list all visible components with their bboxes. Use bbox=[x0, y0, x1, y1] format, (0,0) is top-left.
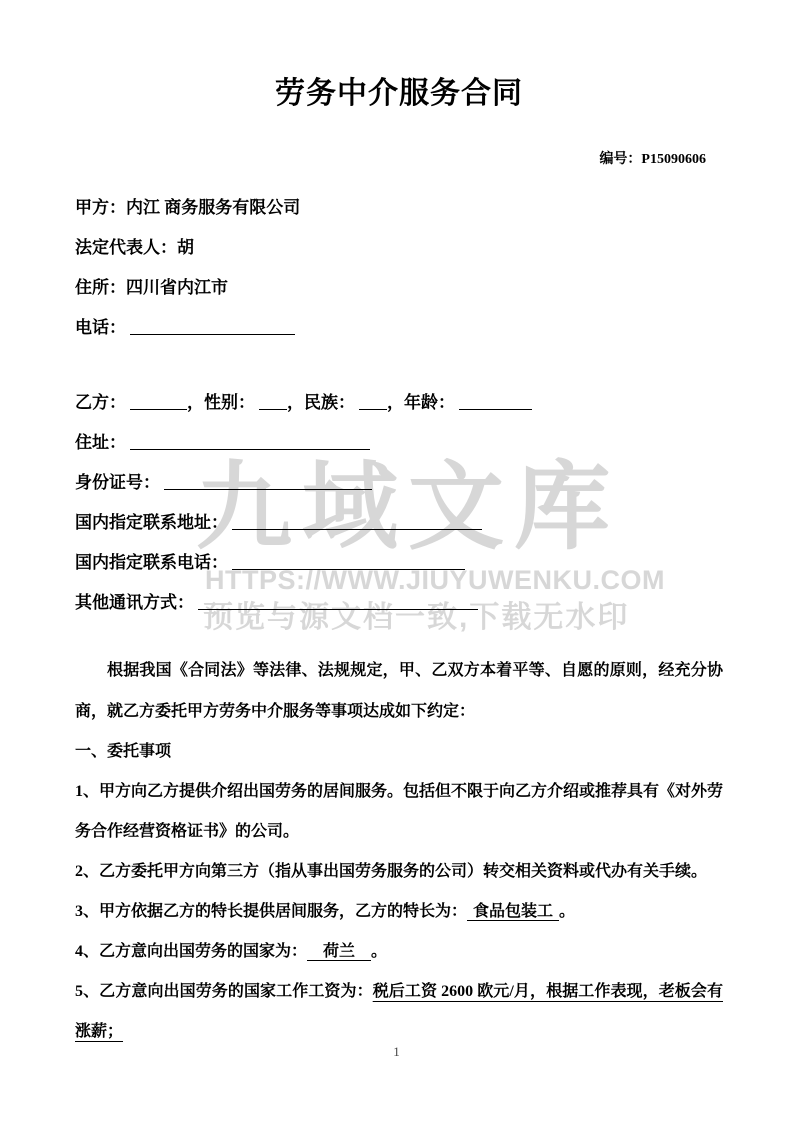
section1-item1: 1、甲方向乙方提供介绍出国劳务的居间服务。包括但不限于向乙方介绍或推荐具有《对外… bbox=[75, 772, 723, 852]
item4-prefix: 4、乙方意向出国劳务的国家为： bbox=[75, 943, 307, 960]
party-a-phone-line: 电话： bbox=[75, 305, 723, 345]
page-number: 1 bbox=[0, 1044, 793, 1060]
party-b-address-line: 住址： bbox=[75, 420, 723, 460]
section1-item2: 2、乙方委托甲方向第三方（指从事出国劳务服务的公司）转交相关资料或代办有关手续。 bbox=[75, 852, 723, 892]
party-b-name-blank bbox=[130, 390, 187, 410]
party-b-name-label: 乙方： bbox=[75, 388, 126, 413]
section1-item5: 5、乙方意向出国劳务的国家工作工资为：税后工资 2600 欧元/月，根据工作表现… bbox=[75, 972, 723, 1052]
party-b-domestic-phone-blank bbox=[232, 550, 465, 570]
party-b-address-blank bbox=[130, 430, 370, 450]
party-b-gender-label: ，性别： bbox=[187, 388, 255, 413]
party-b-other-contact-line: 其他通讯方式： bbox=[75, 580, 723, 620]
document-number: 编号：P15090606 bbox=[75, 152, 723, 168]
item3-value: 食品包装工 bbox=[467, 903, 559, 921]
party-a-phone-blank bbox=[130, 315, 295, 335]
party-b-gender-blank bbox=[259, 390, 287, 410]
preamble-paragraph: 根据我国《合同法》等法律、法规规定，甲、乙双方本着平等、自愿的原则，经充分协商，… bbox=[75, 650, 723, 732]
item4-suffix: 。 bbox=[371, 943, 387, 960]
document-title: 劳务中介服务合同 bbox=[75, 76, 723, 112]
item4-value: 荷兰 bbox=[307, 943, 371, 961]
party-a-legal-rep: 法定代表人：胡 bbox=[75, 225, 723, 265]
party-b-identity-line: 乙方： ，性别： ，民族： ，年龄： bbox=[75, 380, 723, 420]
party-b-domestic-address-line: 国内指定联系地址： bbox=[75, 500, 723, 540]
party-b-other-contact-label: 其他通讯方式： bbox=[75, 588, 194, 613]
party-b-age-blank bbox=[459, 390, 532, 410]
party-b-id-line: 身份证号： bbox=[75, 460, 723, 500]
party-b-block: 乙方： ，性别： ，民族： ，年龄： 住址： 身份证号： 国内指定联系地址： bbox=[75, 380, 723, 620]
party-a-block: 甲方：内江 商务服务有限公司 法定代表人：胡 住所：四川省内江市 电话： bbox=[75, 185, 723, 345]
party-b-id-label: 身份证号： bbox=[75, 468, 160, 493]
party-b-domestic-phone-line: 国内指定联系电话： bbox=[75, 540, 723, 580]
party-b-domestic-phone-label: 国内指定联系电话： bbox=[75, 548, 228, 573]
item5-prefix: 5、乙方意向出国劳务的国家工作工资为： bbox=[75, 983, 373, 1000]
section1-item3: 3、甲方依据乙方的特长提供居间服务，乙方的特长为：食品包装工。 bbox=[75, 892, 723, 932]
party-b-ethnic-label: ，民族： bbox=[287, 388, 355, 413]
party-b-address-label: 住址： bbox=[75, 428, 126, 453]
party-a-address: 住所：四川省内江市 bbox=[75, 265, 723, 305]
item3-prefix: 3、甲方依据乙方的特长提供居间服务，乙方的特长为： bbox=[75, 903, 467, 920]
section1-item4: 4、乙方意向出国劳务的国家为：荷兰。 bbox=[75, 932, 723, 972]
section1-heading: 一、委托事项 bbox=[75, 732, 723, 772]
item3-suffix: 。 bbox=[559, 903, 575, 920]
party-b-domestic-address-label: 国内指定联系地址： bbox=[75, 508, 228, 533]
party-a-phone-label: 电话： bbox=[75, 313, 126, 338]
party-b-domestic-address-blank bbox=[232, 510, 482, 530]
document-content: 劳务中介服务合同 编号：P15090606 甲方：内江 商务服务有限公司 法定代… bbox=[0, 76, 793, 1052]
party-b-age-label: ，年龄： bbox=[387, 388, 455, 413]
party-a-company: 甲方：内江 商务服务有限公司 bbox=[75, 185, 723, 225]
party-b-id-blank bbox=[164, 470, 372, 490]
party-b-ethnic-blank bbox=[359, 390, 387, 410]
document-page: 九域文库 HTTPS://WWW.JIUYUWENKU.COM 预览与源文档一致… bbox=[0, 0, 793, 1122]
party-b-other-contact-blank bbox=[198, 590, 478, 610]
